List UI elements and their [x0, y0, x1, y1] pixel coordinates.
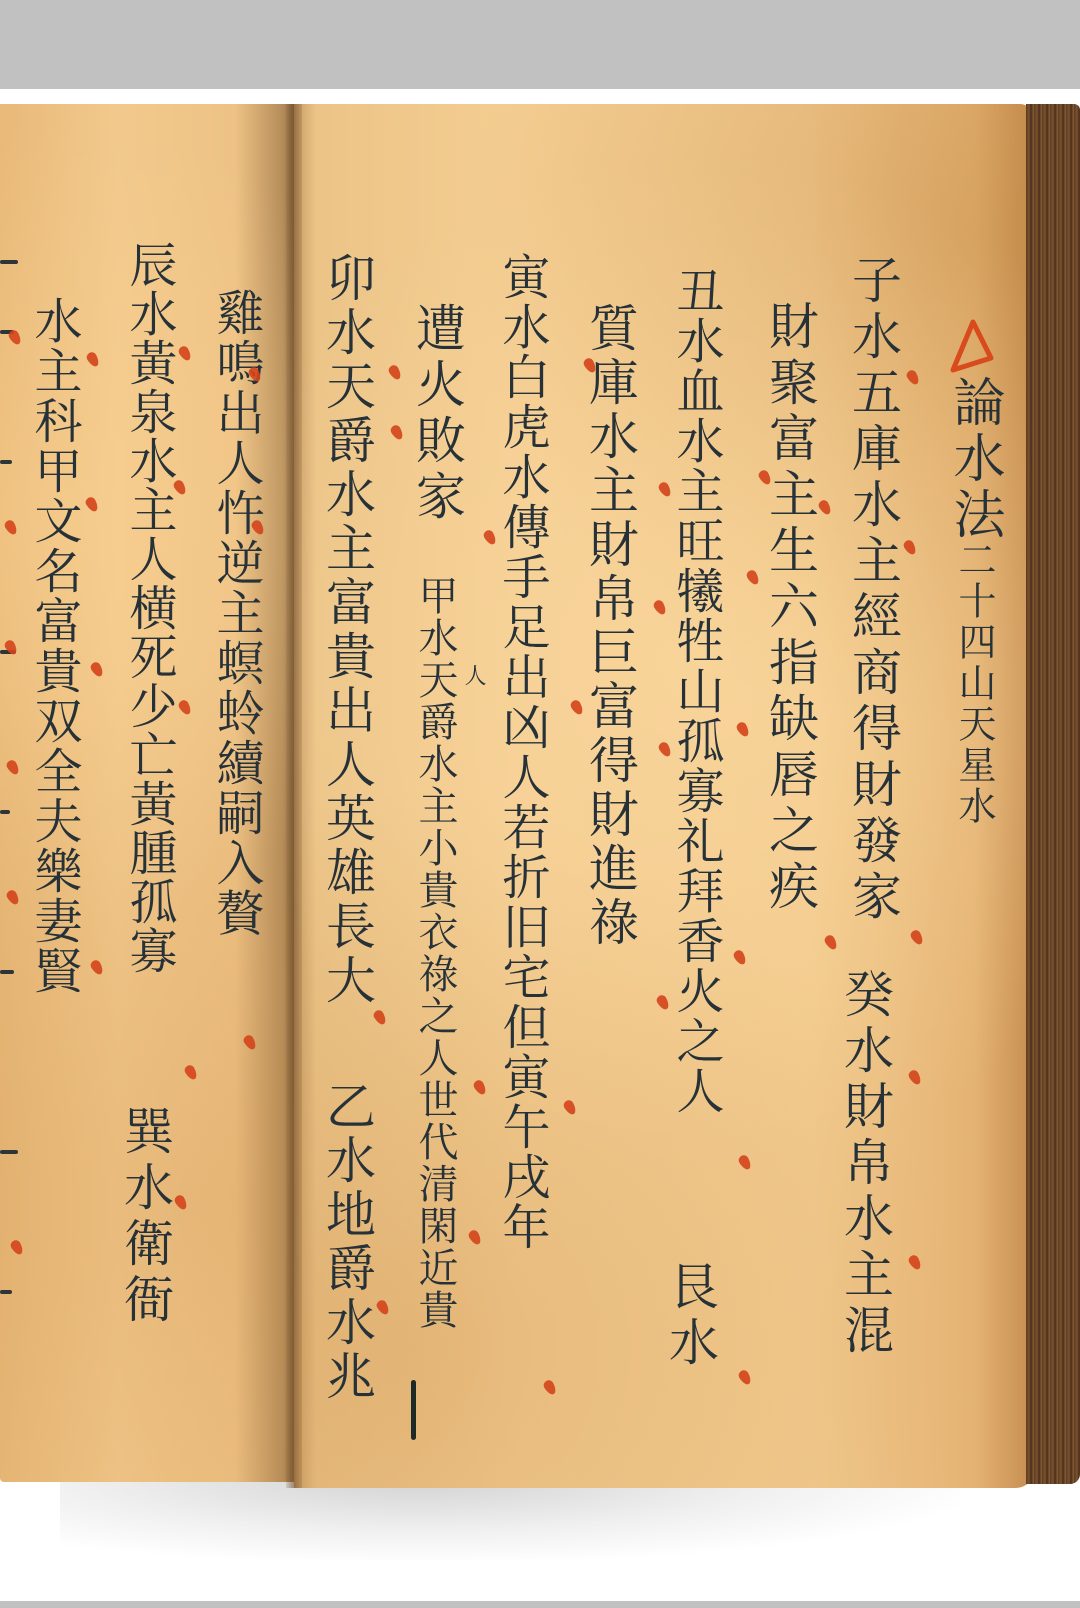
binding-thread: [411, 1380, 416, 1440]
text-column: 辰水黃泉水主人横死少亡黃腫孤寡: [125, 240, 173, 975]
text-column: 癸水財帛水主混: [840, 968, 890, 1360]
scanner-bottom-band: [0, 1601, 1080, 1608]
text-column: 水主科甲文名富貴双全夫樂妻賢: [30, 296, 78, 996]
text-column: 卯水天爵水主富貴出人英雄長大: [322, 252, 372, 1008]
cropped-column-fragments: [0, 250, 30, 1370]
scanner-top-band: [0, 0, 1080, 89]
marginal-note: 人: [462, 664, 484, 692]
text-column: 乙水地爵水兆: [322, 1080, 372, 1404]
book-gutter: [286, 104, 302, 1488]
page-edge-stack: [1026, 104, 1080, 1484]
section-subtitle: 二十四山天星水: [955, 540, 993, 827]
text-column: 質庫水主財帛巨富得財進祿: [585, 302, 635, 950]
text-column: 雞鳴出人忤逆主螟蛉續嗣入贅: [212, 288, 260, 938]
red-triangle-mark-icon: [945, 318, 995, 380]
text-column: 子水五庫水主經商得財發家: [848, 254, 898, 926]
section-title: 論水法: [948, 375, 1000, 543]
text-column: 艮水: [665, 1260, 715, 1372]
book-shadow: [60, 1480, 960, 1560]
text-column: 寅水白虎水傳手足出凶人若折旧宅但寅午戌年: [498, 252, 546, 1252]
manuscript-scan: 論水法 二十四山天星水 子水五庫水主經商得財發家 癸水財帛水主混 財聚富主生六指…: [0, 0, 1080, 1608]
text-column: 丑水血水主旺犧牲山孤寡礼拜香火之人: [672, 266, 720, 1116]
text-column: 財聚富主生六指缺唇之疾: [765, 300, 815, 916]
text-column: 巽水衛衙: [120, 1105, 170, 1329]
text-column: 遭火敗家: [412, 302, 462, 526]
text-column: 甲水天爵水主小貴衣祿之人世代清閑近貴: [415, 575, 455, 1331]
